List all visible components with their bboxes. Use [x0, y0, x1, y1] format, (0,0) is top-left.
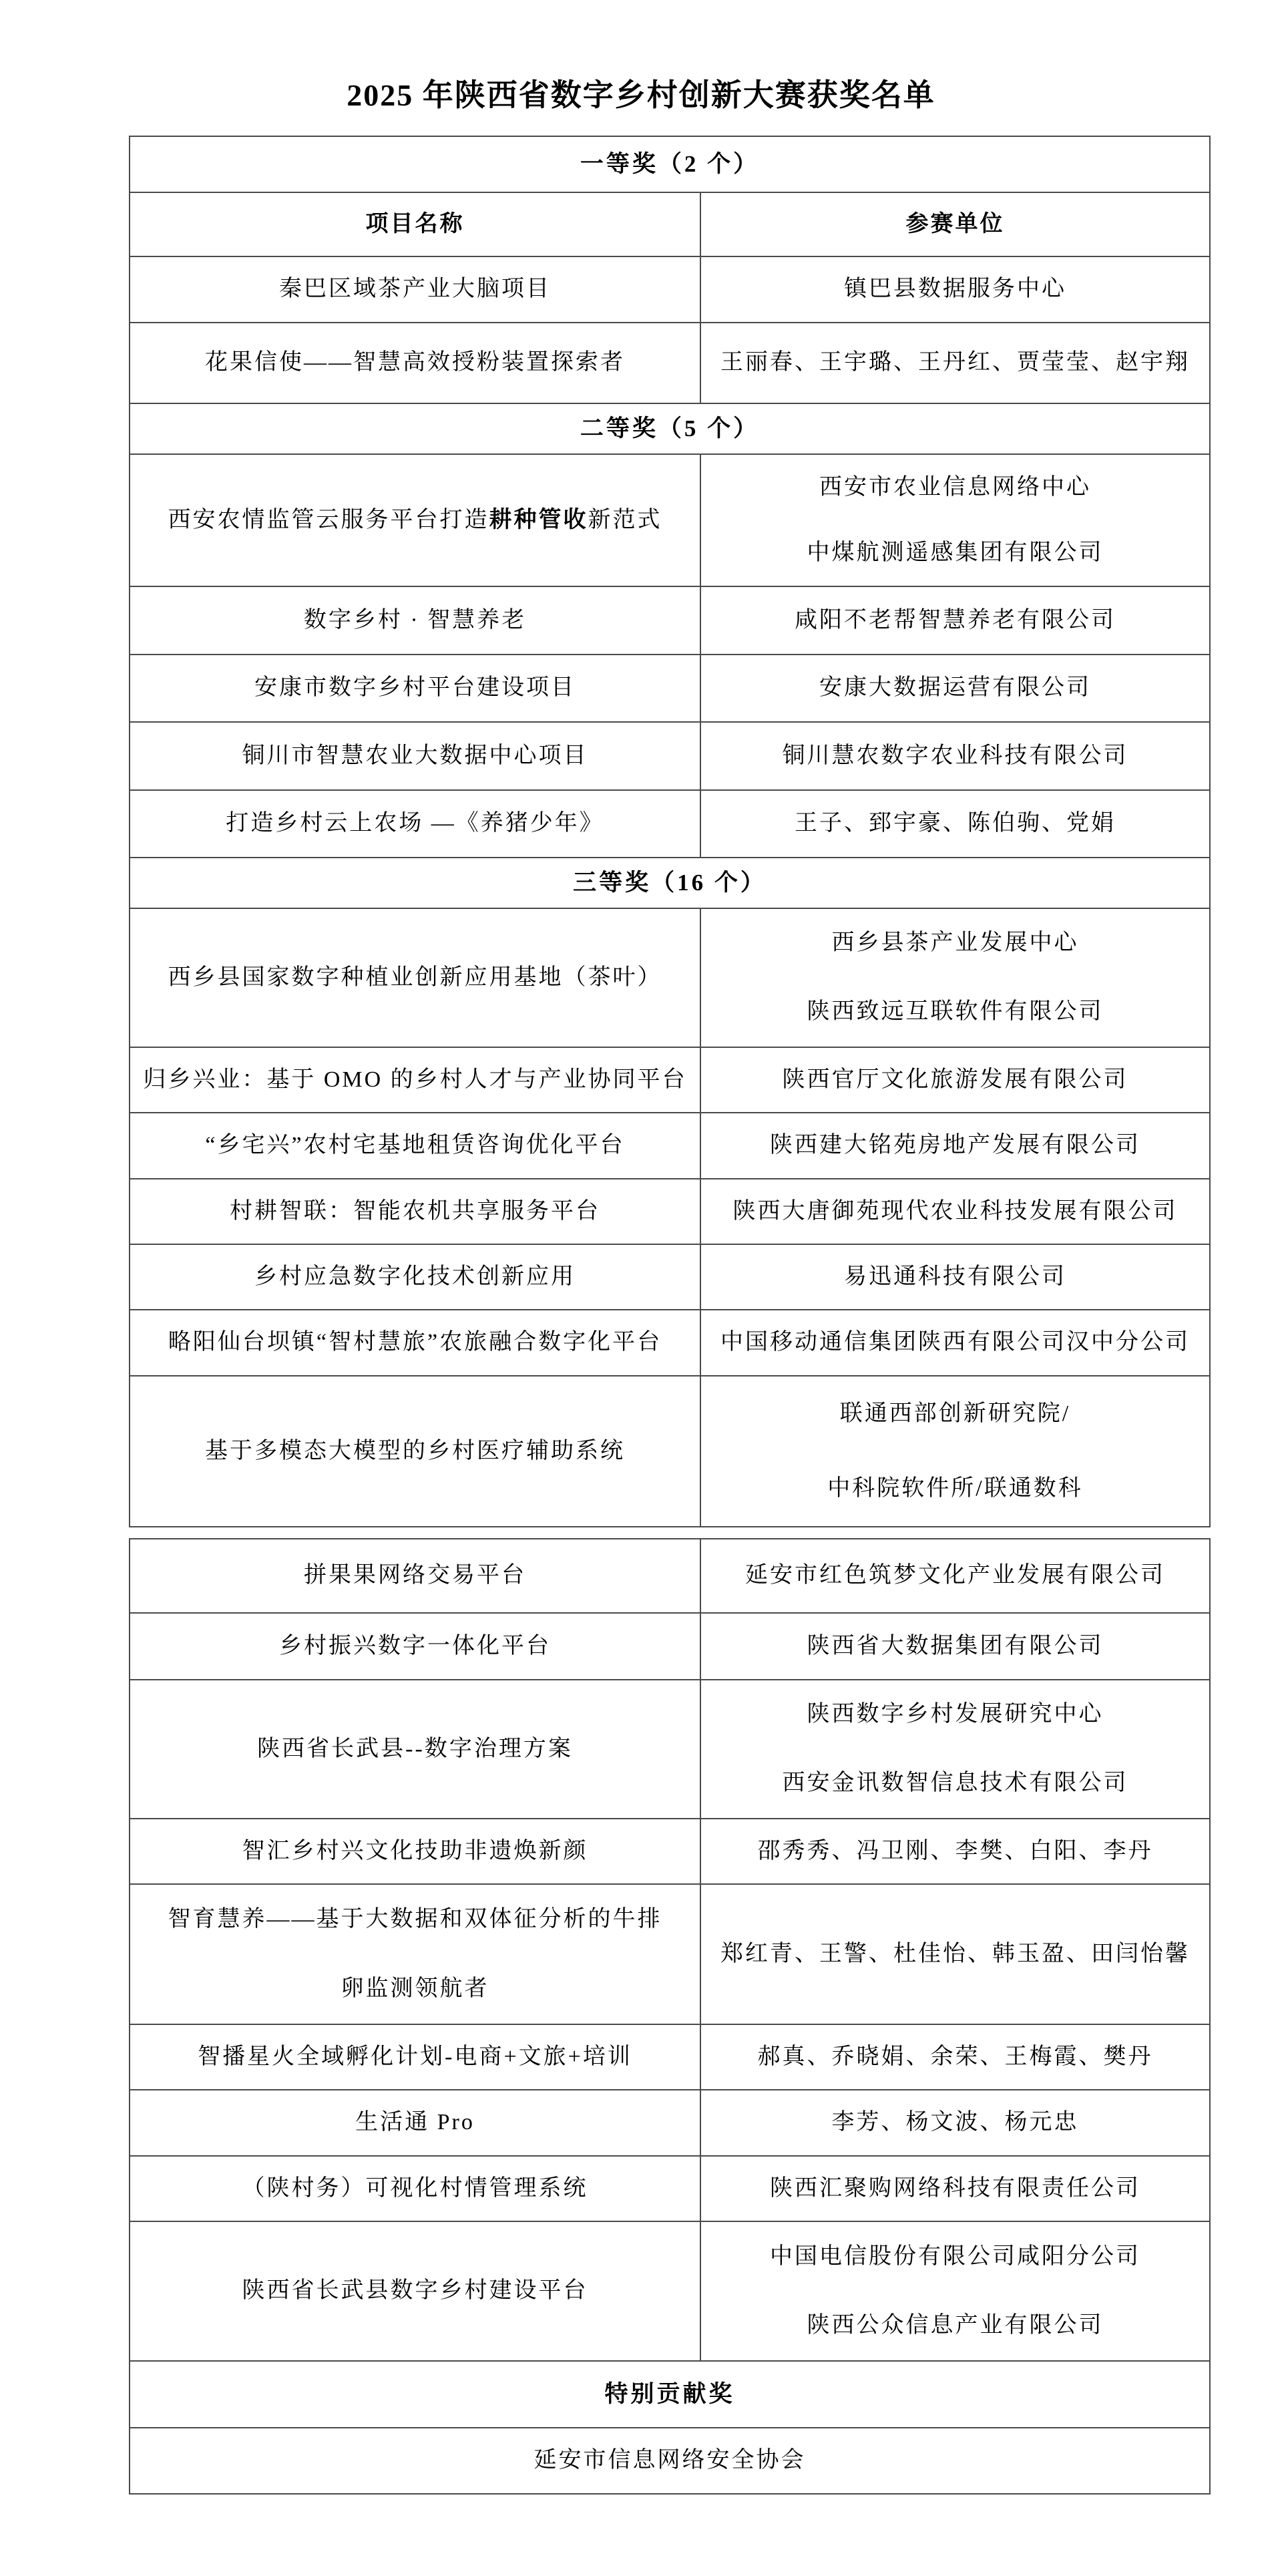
cell-line: 王子、郅宇豪、陈伯驹、党娟 [795, 809, 1116, 838]
cell-line: （陕村务）可视化村情管理系统 [242, 2174, 588, 2203]
cell-line: 智育慧养——基于大数据和双体征分析的牛排 [168, 1905, 662, 1934]
column-header-unit: 参赛单位 [700, 193, 1209, 256]
cell-line: 村耕智联：智能农机共享服务平台 [230, 1197, 600, 1226]
project-cell: （陕村务）可视化村情管理系统 [130, 2157, 700, 2221]
unit-cell: 郑红青、王警、杜佳怡、韩玉盈、田闫怡馨 [700, 1885, 1209, 2024]
awards-table-part-1: 一等奖（2 个）项目名称参赛单位秦巴区域茶产业大脑项目镇巴县数据服务中心花果信使… [129, 136, 1211, 1527]
cell-line: 陕西省大数据集团有限公司 [807, 1632, 1104, 1661]
table-row: 打造乡村云上农场 —《养猪少年》王子、郅宇豪、陈伯驹、党娟 [130, 789, 1209, 857]
project-cell: 铜川市智慧农业大数据中心项目 [130, 723, 700, 789]
cell-line: 陕西省长武县数字乡村建设平台 [242, 2276, 588, 2306]
cell-line: 安康大数据运营有限公司 [819, 673, 1091, 703]
section-title: 特别贡献奖 [130, 2362, 1209, 2427]
project-cell: 数字乡村 · 智慧养老 [130, 587, 700, 654]
section-title: 二等奖（5 个） [130, 404, 1209, 453]
project-cell: 略阳仙台坝镇“智村慧旅”农旅融合数字化平台 [130, 1310, 700, 1375]
cell-line: 铜川市智慧农业大数据中心项目 [242, 741, 588, 771]
cell-line: 项目名称 [366, 210, 465, 239]
cell-line: 智汇乡村兴文化技助非遗焕新颜 [242, 1837, 588, 1866]
project-cell: 陕西省长武县数字乡村建设平台 [130, 2222, 700, 2360]
cell-line: 陕西官厅文化旅游发展有限公司 [783, 1065, 1128, 1095]
award-unit-cell: 延安市信息网络安全协会 [130, 2428, 1209, 2493]
table-row: 陕西省长武县--数字治理方案陕西数字乡村发展研究中心西安金讯数智信息技术有限公司 [130, 1679, 1209, 1818]
cell-line: 咸阳不老帮智慧养老有限公司 [795, 606, 1116, 635]
cell-line: 联通西部创新研究院/ [840, 1399, 1070, 1429]
cell-line: 郑红青、王警、杜佳怡、韩玉盈、田闫怡馨 [720, 1940, 1190, 1969]
table-row: 安康市数字乡村平台建设项目安康大数据运营有限公司 [130, 654, 1209, 721]
cell-line: 陕西省长武县--数字治理方案 [257, 1734, 573, 1764]
cell-line: 邵秀秀、冯卫刚、李樊、白阳、李丹 [758, 1837, 1153, 1866]
table-row: 铜川市智慧农业大数据中心项目铜川慧农数字农业科技有限公司 [130, 721, 1209, 789]
table-row: 归乡兴业：基于 OMO 的乡村人才与产业协同平台陕西官厅文化旅游发展有限公司 [130, 1047, 1209, 1112]
cell-line: 王丽春、王宇璐、王丹红、贾莹莹、赵宇翔 [720, 348, 1190, 377]
unit-cell: 延安市红色筑梦文化产业发展有限公司 [700, 1539, 1209, 1612]
table-row: 西乡县国家数字种植业创新应用基地（茶叶）西乡县茶产业发展中心陕西致远互联软件有限… [130, 908, 1209, 1047]
project-cell: 归乡兴业：基于 OMO 的乡村人才与产业协同平台 [130, 1048, 700, 1112]
project-cell: 打造乡村云上农场 —《养猪少年》 [130, 791, 700, 857]
cell-line: 延安市信息网络安全协会 [534, 2446, 806, 2475]
cell-line: 陕西大唐御苑现代农业科技发展有限公司 [733, 1197, 1178, 1226]
unit-cell: 中国电信股份有限公司咸阳分公司陕西公众信息产业有限公司 [700, 2222, 1209, 2360]
unit-cell: 王子、郅宇豪、陈伯驹、党娟 [700, 791, 1209, 857]
section-title: 一等奖（2 个） [130, 137, 1209, 192]
unit-cell: 安康大数据运营有限公司 [700, 655, 1209, 721]
awards-table-part-2: 拼果果网络交易平台延安市红色筑梦文化产业发展有限公司乡村振兴数字一体化平台陕西省… [129, 1538, 1211, 2495]
unit-cell: 王丽春、王宇璐、王丹红、贾莹莹、赵宇翔 [700, 323, 1209, 403]
unit-cell: 西安市农业信息网络中心中煤航测遥感集团有限公司 [700, 455, 1209, 586]
cell-line: 铜川慧农数字农业科技有限公司 [783, 741, 1128, 771]
project-cell: 西安农情监管云服务平台打造耕种管收新范式 [130, 455, 700, 586]
unit-cell: 陕西数字乡村发展研究中心西安金讯数智信息技术有限公司 [700, 1680, 1209, 1818]
unit-cell: 陕西汇聚购网络科技有限责任公司 [700, 2157, 1209, 2221]
project-cell: 安康市数字乡村平台建设项目 [130, 655, 700, 721]
cell-line: 延安市红色筑梦文化产业发展有限公司 [745, 1561, 1165, 1590]
table-row: 拼果果网络交易平台延安市红色筑梦文化产业发展有限公司 [130, 1539, 1209, 1612]
project-cell: 乡村振兴数字一体化平台 [130, 1614, 700, 1679]
cell-line: 秦巴区域茶产业大脑项目 [279, 274, 551, 304]
table-row: 生活通 Pro李芳、杨文波、杨元忠 [130, 2089, 1209, 2155]
table-row: 基于多模态大模型的乡村医疗辅助系统联通西部创新研究院/中科院软件所/联通数科 [130, 1375, 1209, 1526]
project-cell: 生活通 Pro [130, 2090, 700, 2155]
unit-cell: 陕西官厅文化旅游发展有限公司 [700, 1048, 1209, 1112]
table-row: 乡村应急数字化技术创新应用易迅通科技有限公司 [130, 1244, 1209, 1309]
cell-line: 参赛单位 [906, 210, 1005, 239]
cell-line: “乡宅兴”农村宅基地租赁咨询优化平台 [205, 1131, 624, 1160]
table-row: 村耕智联：智能农机共享服务平台陕西大唐御苑现代农业科技发展有限公司 [130, 1178, 1209, 1244]
table-row: 延安市信息网络安全协会 [130, 2427, 1209, 2493]
column-header-project: 项目名称 [130, 193, 700, 256]
unit-cell: 铜川慧农数字农业科技有限公司 [700, 723, 1209, 789]
project-cell: “乡宅兴”农村宅基地租赁咨询优化平台 [130, 1113, 700, 1178]
cell-line: 花果信使——智慧高效授粉装置探索者 [205, 348, 625, 377]
project-cell: 基于多模态大模型的乡村医疗辅助系统 [130, 1376, 700, 1526]
unit-cell: 镇巴县数据服务中心 [700, 257, 1209, 322]
cell-line: 中科院软件所/联通数科 [827, 1474, 1082, 1503]
cell-line: 基于多模态大模型的乡村医疗辅助系统 [205, 1437, 625, 1466]
table-row: 数字乡村 · 智慧养老咸阳不老帮智慧养老有限公司 [130, 586, 1209, 654]
cell-line: 西乡县茶产业发展中心 [832, 928, 1079, 958]
cell-line: 生活通 Pro [355, 2108, 475, 2137]
unit-cell: 陕西大唐御苑现代农业科技发展有限公司 [700, 1179, 1209, 1244]
cell-line: 卵监测领航者 [341, 1974, 489, 2004]
unit-cell: 李芳、杨文波、杨元忠 [700, 2090, 1209, 2155]
section-header-row: 三等奖（16 个） [130, 857, 1209, 908]
cell-line: 易迅通科技有限公司 [844, 1262, 1066, 1292]
project-cell: 西乡县国家数字种植业创新应用基地（茶叶） [130, 909, 700, 1047]
section-header-row: 二等奖（5 个） [130, 403, 1209, 453]
table-row: 花果信使——智慧高效授粉装置探索者王丽春、王宇璐、王丹红、贾莹莹、赵宇翔 [130, 322, 1209, 403]
page-title: 2025 年陕西省数字乡村创新大赛获奖名单 [0, 71, 1282, 115]
cell-line: 中国电信股份有限公司咸阳分公司 [770, 2242, 1140, 2271]
project-cell: 秦巴区域茶产业大脑项目 [130, 257, 700, 322]
unit-cell: 陕西省大数据集团有限公司 [700, 1614, 1209, 1679]
cell-line: 中国移动通信集团陕西有限公司汉中分公司 [720, 1328, 1190, 1357]
cell-line: 拼果果网络交易平台 [304, 1561, 526, 1590]
section-header-row: 一等奖（2 个） [130, 137, 1209, 192]
table-row: （陕村务）可视化村情管理系统陕西汇聚购网络科技有限责任公司 [130, 2155, 1209, 2221]
project-cell: 花果信使——智慧高效授粉装置探索者 [130, 323, 700, 403]
cell-line: 数字乡村 · 智慧养老 [304, 606, 526, 635]
project-cell: 村耕智联：智能农机共享服务平台 [130, 1179, 700, 1244]
cell-line: 二等奖（5 个） [580, 413, 759, 444]
section-title: 三等奖（16 个） [130, 858, 1209, 908]
cell-line: 陕西致远互联软件有限公司 [807, 997, 1104, 1027]
unit-cell: 中国移动通信集团陕西有限公司汉中分公司 [700, 1310, 1209, 1375]
table-row: 西安农情监管云服务平台打造耕种管收新范式西安市农业信息网络中心中煤航测遥感集团有… [130, 453, 1209, 586]
cell-line: 镇巴县数据服务中心 [844, 274, 1066, 304]
table-row: “乡宅兴”农村宅基地租赁咨询优化平台陕西建大铭苑房地产发展有限公司 [130, 1112, 1209, 1178]
cell-line: 中煤航测遥感集团有限公司 [807, 538, 1104, 568]
table-row: 略阳仙台坝镇“智村慧旅”农旅融合数字化平台中国移动通信集团陕西有限公司汉中分公司 [130, 1309, 1209, 1375]
cell-line: 特别贡献奖 [604, 2379, 734, 2410]
cell-line: 三等奖（16 个） [573, 868, 767, 898]
unit-cell: 咸阳不老帮智慧养老有限公司 [700, 587, 1209, 654]
project-cell: 陕西省长武县--数字治理方案 [130, 1680, 700, 1818]
table-row: 陕西省长武县数字乡村建设平台中国电信股份有限公司咸阳分公司陕西公众信息产业有限公… [130, 2221, 1209, 2360]
cell-line: 乡村振兴数字一体化平台 [279, 1632, 551, 1661]
cell-line: 陕西公众信息产业有限公司 [807, 2311, 1104, 2340]
cell-line: 李芳、杨文波、杨元忠 [832, 2108, 1079, 2137]
project-cell: 乡村应急数字化技术创新应用 [130, 1245, 700, 1309]
cell-line: 一等奖（2 个） [580, 149, 759, 180]
cell-line: 陕西数字乡村发展研究中心 [807, 1700, 1104, 1729]
cell-line: 归乡兴业：基于 OMO 的乡村人才与产业协同平台 [143, 1065, 686, 1095]
table-row: 智育慧养——基于大数据和双体征分析的牛排卵监测领航者郑红青、王警、杜佳怡、韩玉盈… [130, 1883, 1209, 2024]
unit-cell: 郝真、乔晓娟、余荣、王梅霞、樊丹 [700, 2025, 1209, 2089]
table-row: 智播星火全域孵化计划-电商+文旅+培训郝真、乔晓娟、余荣、王梅霞、樊丹 [130, 2024, 1209, 2089]
unit-cell: 西乡县茶产业发展中心陕西致远互联软件有限公司 [700, 909, 1209, 1047]
project-cell: 智育慧养——基于大数据和双体征分析的牛排卵监测领航者 [130, 1885, 700, 2024]
project-cell: 智汇乡村兴文化技助非遗焕新颜 [130, 1819, 700, 1883]
table-row: 乡村振兴数字一体化平台陕西省大数据集团有限公司 [130, 1612, 1209, 1679]
cell-line: 略阳仙台坝镇“智村慧旅”农旅融合数字化平台 [168, 1328, 662, 1357]
cell-line: 西安金讯数智信息技术有限公司 [783, 1769, 1128, 1798]
project-cell: 拼果果网络交易平台 [130, 1539, 700, 1612]
unit-cell: 易迅通科技有限公司 [700, 1245, 1209, 1309]
cell-line: 智播星火全域孵化计划-电商+文旅+培训 [198, 2042, 632, 2072]
cell-line: 西安市农业信息网络中心 [819, 473, 1091, 502]
column-header-row: 项目名称参赛单位 [130, 192, 1209, 256]
table-row: 秦巴区域茶产业大脑项目镇巴县数据服务中心 [130, 256, 1209, 322]
cell-line: 郝真、乔晓娟、余荣、王梅霞、樊丹 [758, 2042, 1153, 2072]
cell-line: 打造乡村云上农场 —《养猪少年》 [226, 809, 604, 838]
table-row: 智汇乡村兴文化技助非遗焕新颜邵秀秀、冯卫刚、李樊、白阳、李丹 [130, 1818, 1209, 1883]
project-cell: 智播星火全域孵化计划-电商+文旅+培训 [130, 2025, 700, 2089]
project-name: 西安农情监管云服务平台打造耕种管收新范式 [168, 506, 662, 535]
unit-cell: 邵秀秀、冯卫刚、李樊、白阳、李丹 [700, 1819, 1209, 1883]
unit-cell: 陕西建大铭苑房地产发展有限公司 [700, 1113, 1209, 1178]
unit-cell: 联通西部创新研究院/中科院软件所/联通数科 [700, 1376, 1209, 1526]
cell-line: 西乡县国家数字种植业创新应用基地（茶叶） [168, 963, 662, 992]
section-header-row: 特别贡献奖 [130, 2360, 1209, 2427]
cell-line: 安康市数字乡村平台建设项目 [254, 673, 576, 703]
cell-line: 陕西建大铭苑房地产发展有限公司 [770, 1131, 1140, 1160]
cell-line: 乡村应急数字化技术创新应用 [254, 1262, 576, 1292]
cell-line: 陕西汇聚购网络科技有限责任公司 [770, 2174, 1140, 2203]
